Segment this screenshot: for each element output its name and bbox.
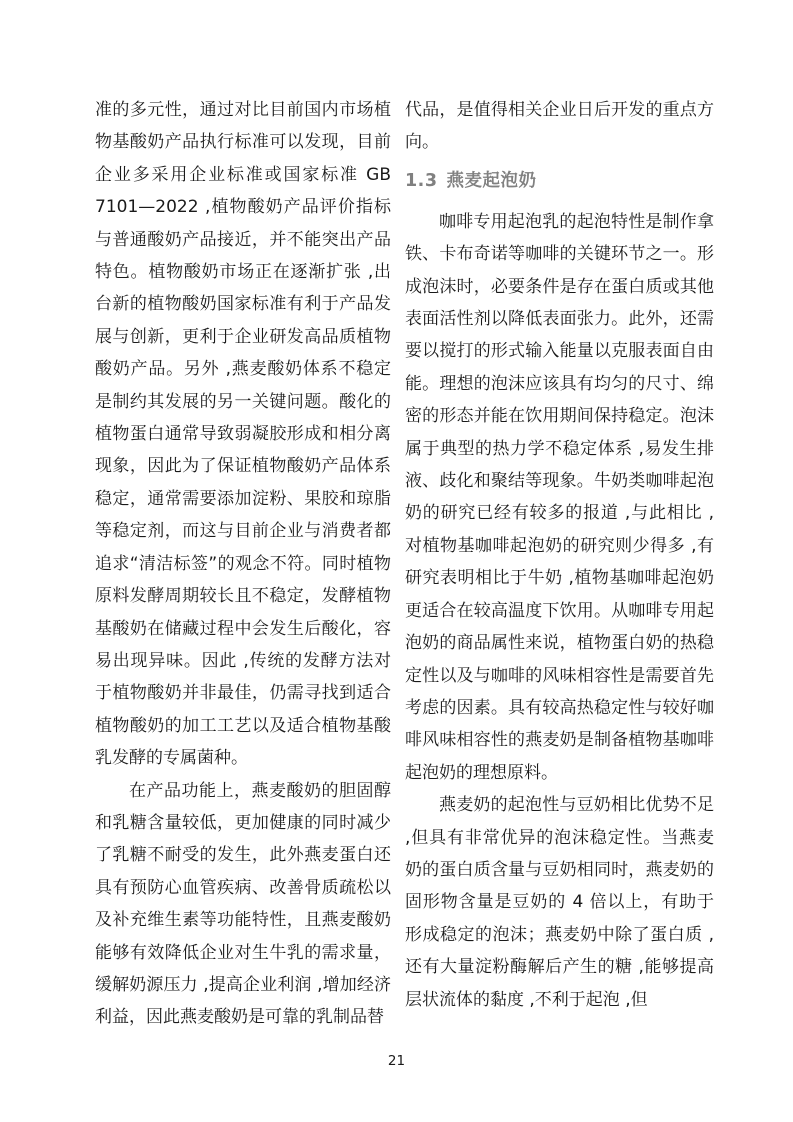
section-heading-title: 燕麦起泡奶 bbox=[447, 171, 537, 191]
section-heading-number: 1.3 bbox=[405, 171, 438, 191]
paragraph-standards-continued: 准的多元性，通过对比目前国内市场植物基酸奶产品执行标准可以发现，目前企业多采用企… bbox=[95, 94, 391, 775]
paragraph-product-function: 在产品功能上，燕麦酸奶的胆固醇和乳糖含量较低，更加健康的同时减少了乳糖不耐受的发… bbox=[95, 775, 391, 1034]
paragraph-coffee-foaming: 咖啡专用起泡乳的起泡特性是制作拿铁、卡布奇诺等咖啡的关键环节之一。形成泡沫时，必… bbox=[405, 206, 714, 789]
document-page: 准的多元性，通过对比目前国内市场植物基酸奶产品执行标准可以发现，目前企业多采用企… bbox=[0, 0, 793, 1122]
paragraph-oatmilk-foamability: 燕麦奶的起泡性与豆奶相比优势不足 ,但具有非常优异的泡沫稳定性。当燕麦奶的蛋白质… bbox=[405, 789, 714, 1016]
left-column: 准的多元性，通过对比目前国内市场植物基酸奶产品执行标准可以发现，目前企业多采用企… bbox=[95, 94, 391, 1034]
section-heading: 1.3燕麦起泡奶 bbox=[405, 169, 714, 193]
right-column: 代品，是值得相关企业日后开发的重点方向。 1.3燕麦起泡奶 咖啡专用起泡乳的起泡… bbox=[405, 94, 714, 1016]
page-number: 21 bbox=[0, 1053, 793, 1069]
paragraph-product-function-end: 代品，是值得相关企业日后开发的重点方向。 bbox=[405, 94, 714, 159]
